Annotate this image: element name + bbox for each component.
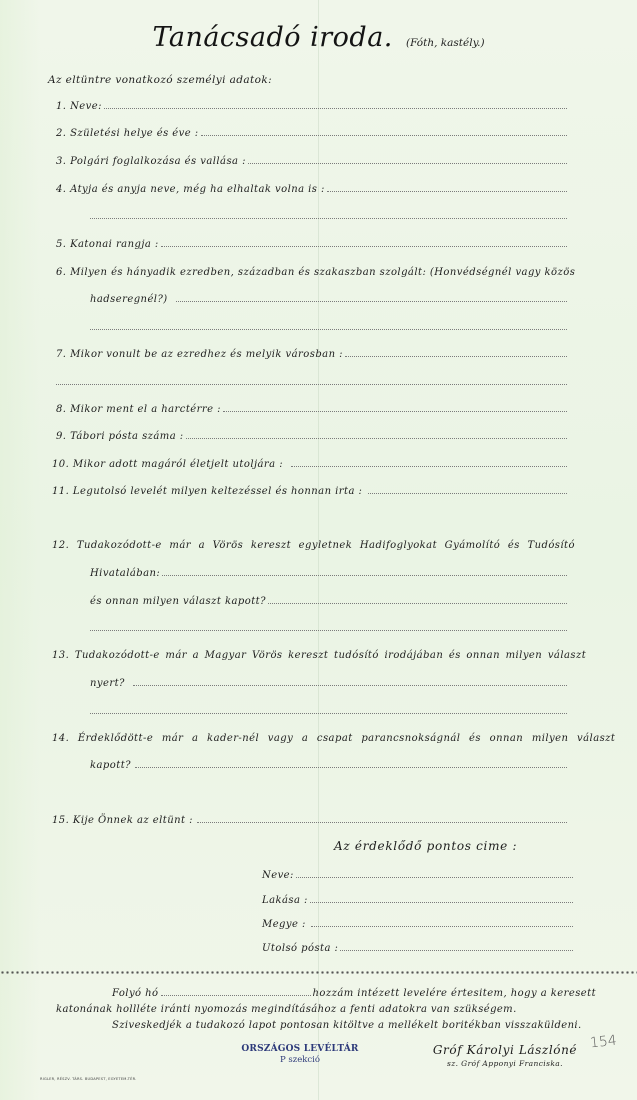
question-number: 9.	[56, 431, 66, 442]
section-intro: Az eltüntre vonatkozó személyi adatok:	[48, 74, 272, 86]
question-label: Mikor adott magáról életjelt utoljára :	[73, 459, 283, 470]
answer-field-7[interactable]	[345, 354, 567, 357]
question-label-continuation: kapott?	[90, 760, 131, 771]
question-12-sub: és onnan milyen választ kapott?	[0, 591, 567, 607]
archive-stamp: ORSZÁGOS LEVÉLTÁR P szekció	[240, 1044, 360, 1065]
address-name-label: Neve:	[262, 870, 294, 881]
question-number: 2.	[56, 128, 66, 139]
footer-line1-prefix: Folyó hó	[112, 988, 159, 999]
address-name: Neve:	[262, 865, 573, 881]
form-page: Tanácsadó iroda. (Fóth, kastély.) Az elt…	[0, 0, 637, 1100]
answer-field-4[interactable]	[327, 189, 567, 192]
footer-line-3: Sziveskedjék a tudakozó lapot pontosan k…	[112, 1020, 582, 1031]
question-number: 12.	[52, 540, 69, 551]
question-label: Milyen és hányadik ezredben, században é…	[70, 267, 575, 278]
answer-field-15[interactable]	[197, 820, 567, 823]
printer-imprint: RIGLER, RÉSZV. TÁRS. BUDAPEST, EGYETEM-T…	[40, 1077, 137, 1081]
stamp-line-1: ORSZÁGOS LEVÉLTÁR	[240, 1044, 360, 1054]
answer-field-14[interactable]	[135, 765, 567, 768]
question-number: 7.	[56, 349, 66, 360]
question-label: Érdeklődött-e már a kader-nél vagy a csa…	[78, 733, 615, 744]
question-number: 6.	[56, 267, 66, 278]
question-label: Mikor vonult be az ezredhez és melyik vá…	[70, 349, 343, 360]
question-1: 1. Neve:	[0, 96, 567, 112]
address-heading: Az érdeklődő pontos cime :	[334, 839, 517, 853]
answer-field-13b[interactable]	[90, 711, 567, 714]
question-13: 13. Tudakozódott-e már a Magyar Vörös ke…	[0, 645, 567, 661]
perforation-line	[0, 971, 637, 974]
address-post-label: Utolsó pósta :	[262, 943, 338, 954]
footer-line-2: katonának hollléte iránti nyomozás megin…	[56, 1004, 517, 1015]
answer-field-3[interactable]	[248, 161, 567, 164]
question-5: 5. Katonai rangja :	[0, 234, 567, 250]
question-12-extra-line	[0, 618, 567, 634]
question-8: 8. Mikor ment el a harctérre :	[0, 399, 567, 415]
address-county-field[interactable]	[311, 924, 573, 927]
question-number: 4.	[56, 184, 66, 195]
question-4: 4. Atyja és anyja neve, még ha elhaltak …	[0, 179, 567, 195]
page-title: Tanácsadó iroda.	[152, 22, 392, 53]
answer-field-5[interactable]	[161, 244, 567, 247]
question-6: 6. Milyen és hányadik ezredben, századba…	[0, 262, 567, 278]
question-label-continuation: hadseregnél?)	[90, 294, 168, 305]
question-label: Legutolsó levelét milyen keltezéssel és …	[73, 486, 362, 497]
question-number: 15.	[52, 815, 69, 826]
question-label-continuation: nyert?	[90, 678, 125, 689]
question-number: 8.	[56, 404, 66, 415]
answer-field-4b[interactable]	[90, 216, 567, 219]
question-12: 12. Tudakozódott-e már a Vörös kereszt e…	[0, 535, 567, 551]
question-label-continuation: Hivatalában:	[90, 568, 160, 579]
question-label: Neve:	[70, 101, 102, 112]
address-county-label: Megye :	[262, 919, 306, 930]
address-post-field[interactable]	[340, 948, 573, 951]
question-number: 13.	[52, 650, 69, 661]
answer-field-12[interactable]	[162, 573, 567, 576]
question-number: 10.	[52, 459, 69, 470]
question-12-continuation: Hivatalában:	[0, 563, 567, 579]
header: Tanácsadó iroda. (Fóth, kastély.)	[0, 22, 637, 53]
signature-name: Gróf Károlyi Lászlóné	[420, 1043, 590, 1057]
answer-field-12c[interactable]	[90, 628, 567, 631]
signature-subtitle: sz. Gróf Apponyi Franciska.	[420, 1059, 590, 1068]
question-label: Tábori pósta száma :	[70, 431, 184, 442]
address-county: Megye :	[262, 914, 573, 930]
question-9: 9. Tábori pósta száma :	[0, 426, 567, 442]
handwritten-page-number: 154	[589, 1033, 617, 1052]
question-sub-label: és onnan milyen választ kapott?	[90, 596, 266, 607]
address-name-field[interactable]	[296, 875, 573, 878]
page-subtitle: (Fóth, kastély.)	[406, 37, 485, 49]
footer-line1-suffix: hozzám intézett levelére értesitem, hogy…	[313, 988, 597, 999]
stamp-line-2: P szekció	[240, 1055, 360, 1065]
question-13-continuation: nyert?	[0, 673, 567, 689]
question-14: 14. Érdeklődött-e már a kader-nél vagy a…	[0, 728, 567, 744]
answer-field-13[interactable]	[133, 683, 567, 686]
address-post: Utolsó pósta :	[262, 938, 573, 954]
question-label: Születési helye és éve :	[70, 128, 199, 139]
answer-field-12b[interactable]	[268, 601, 567, 604]
question-10: 10. Mikor adott magáról életjelt utoljár…	[0, 454, 567, 470]
question-13-extra-line	[0, 701, 567, 717]
question-number: 5.	[56, 239, 66, 250]
question-11: 11. Legutolsó levelét milyen keltezéssel…	[0, 481, 567, 497]
question-label: Katonai rangja :	[70, 239, 159, 250]
answer-field-9[interactable]	[186, 436, 567, 439]
signature-block: Gróf Károlyi Lászlóné sz. Gróf Apponyi F…	[420, 1043, 590, 1068]
question-7-extra-line	[0, 372, 567, 388]
question-3: 3. Polgári foglalkozása és vallása :	[0, 151, 567, 167]
question-14-continuation: kapott?	[0, 755, 567, 771]
question-6-continuation: hadseregnél?)	[0, 289, 567, 305]
footer-line-1: Folyó hó hozzám intézett levelére értesi…	[112, 983, 582, 999]
question-15: 15. Kije Önnek az eltünt :	[0, 810, 567, 826]
answer-field-7b[interactable]	[56, 382, 567, 385]
address-residence-field[interactable]	[310, 900, 573, 903]
date-field[interactable]	[161, 993, 311, 996]
question-label: Tudakozódott-e már a Vörös kereszt egyle…	[77, 540, 575, 551]
answer-field-11[interactable]	[368, 491, 567, 494]
question-number: 14.	[52, 733, 69, 744]
answer-field-6b[interactable]	[90, 327, 567, 330]
address-residence: Lakása :	[262, 890, 573, 906]
question-label: Atyja és anyja neve, még ha elhaltak vol…	[70, 184, 325, 195]
question-2: 2. Születési helye és éve :	[0, 123, 567, 139]
question-label: Mikor ment el a harctérre :	[70, 404, 221, 415]
question-7: 7. Mikor vonult be az ezredhez és melyik…	[0, 344, 567, 360]
question-label: Polgári foglalkozása és vallása :	[70, 156, 246, 167]
question-number: 11.	[52, 486, 69, 497]
answer-field-2[interactable]	[201, 133, 567, 136]
answer-field-10[interactable]	[291, 464, 567, 467]
address-residence-label: Lakása :	[262, 895, 308, 906]
question-number: 3.	[56, 156, 66, 167]
answer-field-8[interactable]	[223, 409, 567, 412]
question-number: 1.	[56, 101, 66, 112]
question-label: Kije Önnek az eltünt :	[73, 815, 193, 826]
question-4-continuation	[0, 206, 567, 222]
answer-field-1[interactable]	[104, 106, 567, 109]
question-6-extra-line	[0, 317, 567, 333]
question-label: Tudakozódott-e már a Magyar Vörös keresz…	[75, 650, 586, 661]
answer-field-6[interactable]	[176, 299, 567, 302]
